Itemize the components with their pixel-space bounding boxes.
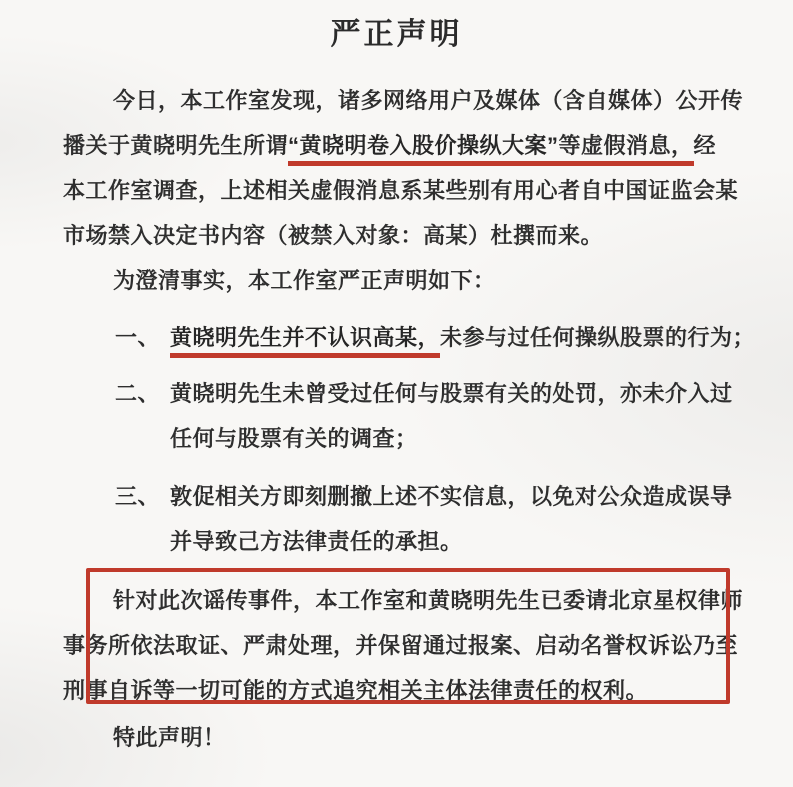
text-line: 播关于黄晓明先生所谓“黄晓明卷入股价操纵大案”等虚假消息，经: [63, 123, 730, 168]
text-segment: 针对此次谣传事件，本工作室和黄晓明先生已委请北京星权律师: [113, 588, 743, 613]
text-segment: 事务所依法取证、严肃处理，并保留通过报案、启动名誉权诉讼乃至: [63, 633, 738, 658]
list-item-number: 一、: [63, 315, 170, 360]
text-segment: 播关于黄晓明先生所谓: [63, 133, 288, 158]
text-segment: 特此声明！: [113, 725, 226, 750]
text-line: 本工作室调查，上述相关虚假消息系某些别有用心者自中国证监会某: [63, 168, 730, 213]
text-segment: 未参与过任何操纵股票的行为；: [440, 325, 755, 350]
red-underlined-text: “黄晓明卷入股价操纵大案”: [288, 133, 559, 166]
document-body: 今日，本工作室发现，诸多网络用户及媒体（含自媒体）公开传播关于黄晓明先生所谓“黄…: [0, 78, 793, 760]
paragraph: 今日，本工作室发现，诸多网络用户及媒体（含自媒体）公开传播关于黄晓明先生所谓“黄…: [63, 78, 730, 258]
text-line: 特此声明！: [63, 715, 730, 760]
statement-document-page: 严正声明 今日，本工作室发现，诸多网络用户及媒体（含自媒体）公开传播关于黄晓明先…: [0, 0, 793, 787]
list-item: 三、敦促相关方即刻删撤上述不实信息，以免对公众造成误导并导致己方法律责任的承担。: [63, 474, 730, 564]
paragraph: 特此声明！: [63, 715, 730, 760]
paragraph: 为澄清事实，本工作室严正声明如下：: [63, 258, 730, 303]
text-line: 刑事自诉等一切可能的方式追究相关主体法律责任的权利。: [63, 668, 730, 713]
text-line: 二、黄晓明先生未曾受过任何与股票有关的处罚，亦未介入过: [63, 371, 730, 416]
text-line: 今日，本工作室发现，诸多网络用户及媒体（含自媒体）公开传: [63, 78, 730, 123]
text-line: 三、敦促相关方即刻删撤上述不实信息，以免对公众造成误导: [63, 474, 730, 519]
text-segment: 敦促相关方即刻删撤上述不实信息，以免对公众造成误导: [170, 484, 733, 509]
text-line: 并导致己方法律责任的承担。: [63, 519, 730, 564]
text-segment: 刑事自诉等一切可能的方式追究相关主体法律责任的权利。: [63, 678, 648, 703]
text-segment: 市场禁入决定书内容（被禁入对象：高某）杜撰而来。: [63, 223, 603, 248]
text-segment: 任何与股票有关的调查；: [170, 426, 418, 451]
red-underlined-text: 等虚假消息，: [559, 133, 694, 166]
list-item: 二、黄晓明先生未曾受过任何与股票有关的处罚，亦未介入过任何与股票有关的调查；: [63, 371, 730, 461]
text-segment: 今日，本工作室发现，诸多网络用户及媒体（含自媒体）公开传: [113, 88, 743, 113]
text-segment: 并导致己方法律责任的承担。: [170, 529, 463, 554]
document-title: 严正声明: [0, 12, 793, 58]
text-line: 为澄清事实，本工作室严正声明如下：: [63, 258, 730, 303]
list-item: 一、黄晓明先生并不认识高某，未参与过任何操纵股票的行为；: [63, 315, 730, 360]
text-line: 一、黄晓明先生并不认识高某，未参与过任何操纵股票的行为；: [63, 315, 730, 360]
text-segment: 本工作室调查，上述相关虚假消息系某些别有用心者自中国证监会某: [63, 178, 738, 203]
boxed-paragraph: 针对此次谣传事件，本工作室和黄晓明先生已委请北京星权律师事务所依法取证、严肃处理…: [63, 578, 730, 713]
text-segment: 黄晓明先生未曾受过任何与股票有关的处罚，亦未介入过: [170, 381, 733, 406]
text-line: 针对此次谣传事件，本工作室和黄晓明先生已委请北京星权律师: [63, 578, 730, 623]
list-item-number: 二、: [63, 371, 170, 416]
text-line: 市场禁入决定书内容（被禁入对象：高某）杜撰而来。: [63, 213, 730, 258]
text-line: 事务所依法取证、严肃处理，并保留通过报案、启动名誉权诉讼乃至: [63, 623, 730, 668]
text-segment: 经: [694, 133, 717, 158]
text-segment: 为澄清事实，本工作室严正声明如下：: [113, 268, 496, 293]
red-underlined-text: 黄晓明先生并不认识高某，: [170, 325, 440, 358]
text-line: 任何与股票有关的调查；: [63, 416, 730, 461]
list-item-number: 三、: [63, 474, 170, 519]
